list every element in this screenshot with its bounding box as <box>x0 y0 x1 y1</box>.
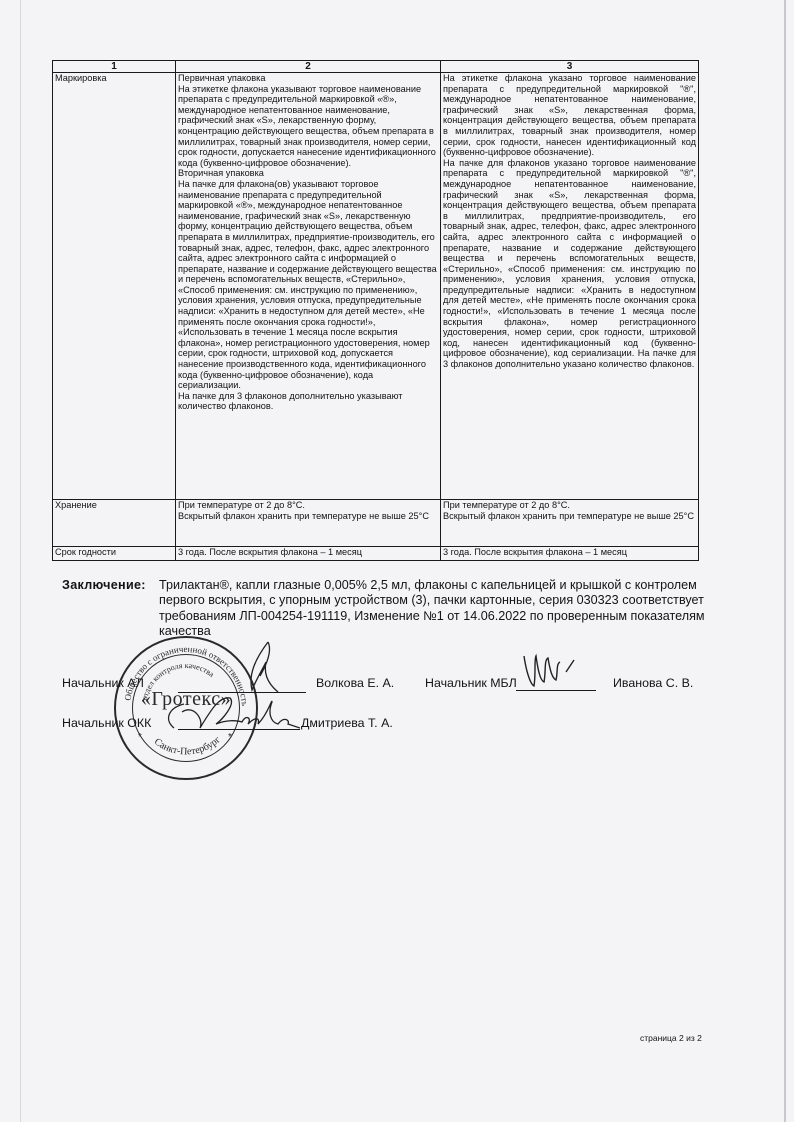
marking-actual: На этикетке флакона указано торговое наи… <box>441 73 699 500</box>
secondary-packaging-heading: Вторичная упаковка <box>178 168 438 179</box>
signature-line-mbl <box>516 690 596 691</box>
specification-table: 1 2 3 Маркировка Первичная упаковка На э… <box>52 60 699 561</box>
signature-name-okk: Дмитриева Т. А. <box>301 716 393 730</box>
handwritten-signature-al <box>238 640 288 694</box>
signature-name-al: Волкова Е. А. <box>316 676 394 690</box>
row-label-storage: Хранение <box>53 500 176 547</box>
handwritten-signature-mbl <box>520 650 580 690</box>
conclusion-label: Заключение: <box>62 578 146 593</box>
marking-requirements: Первичная упаковка На этикетке флакона у… <box>176 73 441 500</box>
column-header-3: 3 <box>441 61 699 73</box>
storage-opened-actual: Вскрытый флакон хранить при температуре … <box>443 511 696 522</box>
storage-requirements: При температуре от 2 до 8°С. Вскрытый фл… <box>176 500 441 547</box>
svg-text:Санкт-Петербург: Санкт-Петербург <box>152 734 223 757</box>
row-label-marking: Маркировка <box>53 73 176 500</box>
table-row-marking: Маркировка Первичная упаковка На этикетк… <box>53 73 699 500</box>
scan-edge-right <box>784 0 786 1122</box>
table-header-row: 1 2 3 <box>53 61 699 73</box>
page-number: страница 2 из 2 <box>640 1033 702 1043</box>
table-row-storage: Хранение При температуре от 2 до 8°С. Вс… <box>53 500 699 547</box>
three-vials-note: На пачке для 3 флаконов дополнительно ук… <box>178 391 438 412</box>
column-header-1: 1 <box>53 61 176 73</box>
conclusion-text: Трилактан®, капли глазные 0,005% 2,5 мл,… <box>159 578 714 640</box>
shelf-life-requirements: 3 года. После вскрытия флакона – 1 месяц <box>176 547 441 561</box>
signature-role-mbl: Начальник МБЛ <box>425 676 517 690</box>
primary-packaging-text: На этикетке флакона указывают торговое н… <box>178 84 438 169</box>
signature-role-al: Начальник АЛ <box>62 676 144 690</box>
label-actual-text: На этикетке флакона указано торговое наи… <box>443 73 696 158</box>
storage-temp-actual: При температуре от 2 до 8°С. <box>443 500 696 511</box>
storage-actual: При температуре от 2 до 8°С. Вскрытый фл… <box>441 500 699 547</box>
svg-text:*: * <box>138 732 142 743</box>
signature-name-mbl: Иванова С. В. <box>613 676 693 690</box>
storage-temp: При температуре от 2 до 8°С. <box>178 500 438 511</box>
scan-edge-left <box>20 0 21 1122</box>
shelf-life-actual: 3 года. После вскрытия флакона – 1 месяц <box>441 547 699 561</box>
box-actual-text: На пачке для флаконов указано торговое н… <box>443 158 696 370</box>
storage-opened: Вскрытый флакон хранить при температуре … <box>178 511 438 522</box>
column-header-2: 2 <box>176 61 441 73</box>
signature-role-okk: Начальник ОКК <box>62 716 151 730</box>
table-row-shelf-life: Срок годности 3 года. После вскрытия фла… <box>53 547 699 561</box>
primary-packaging-heading: Первичная упаковка <box>178 73 438 84</box>
row-label-shelf-life: Срок годности <box>53 547 176 561</box>
handwritten-signature-okk <box>160 690 300 734</box>
secondary-packaging-text: На пачке для флакона(ов) указывают торго… <box>178 179 438 391</box>
